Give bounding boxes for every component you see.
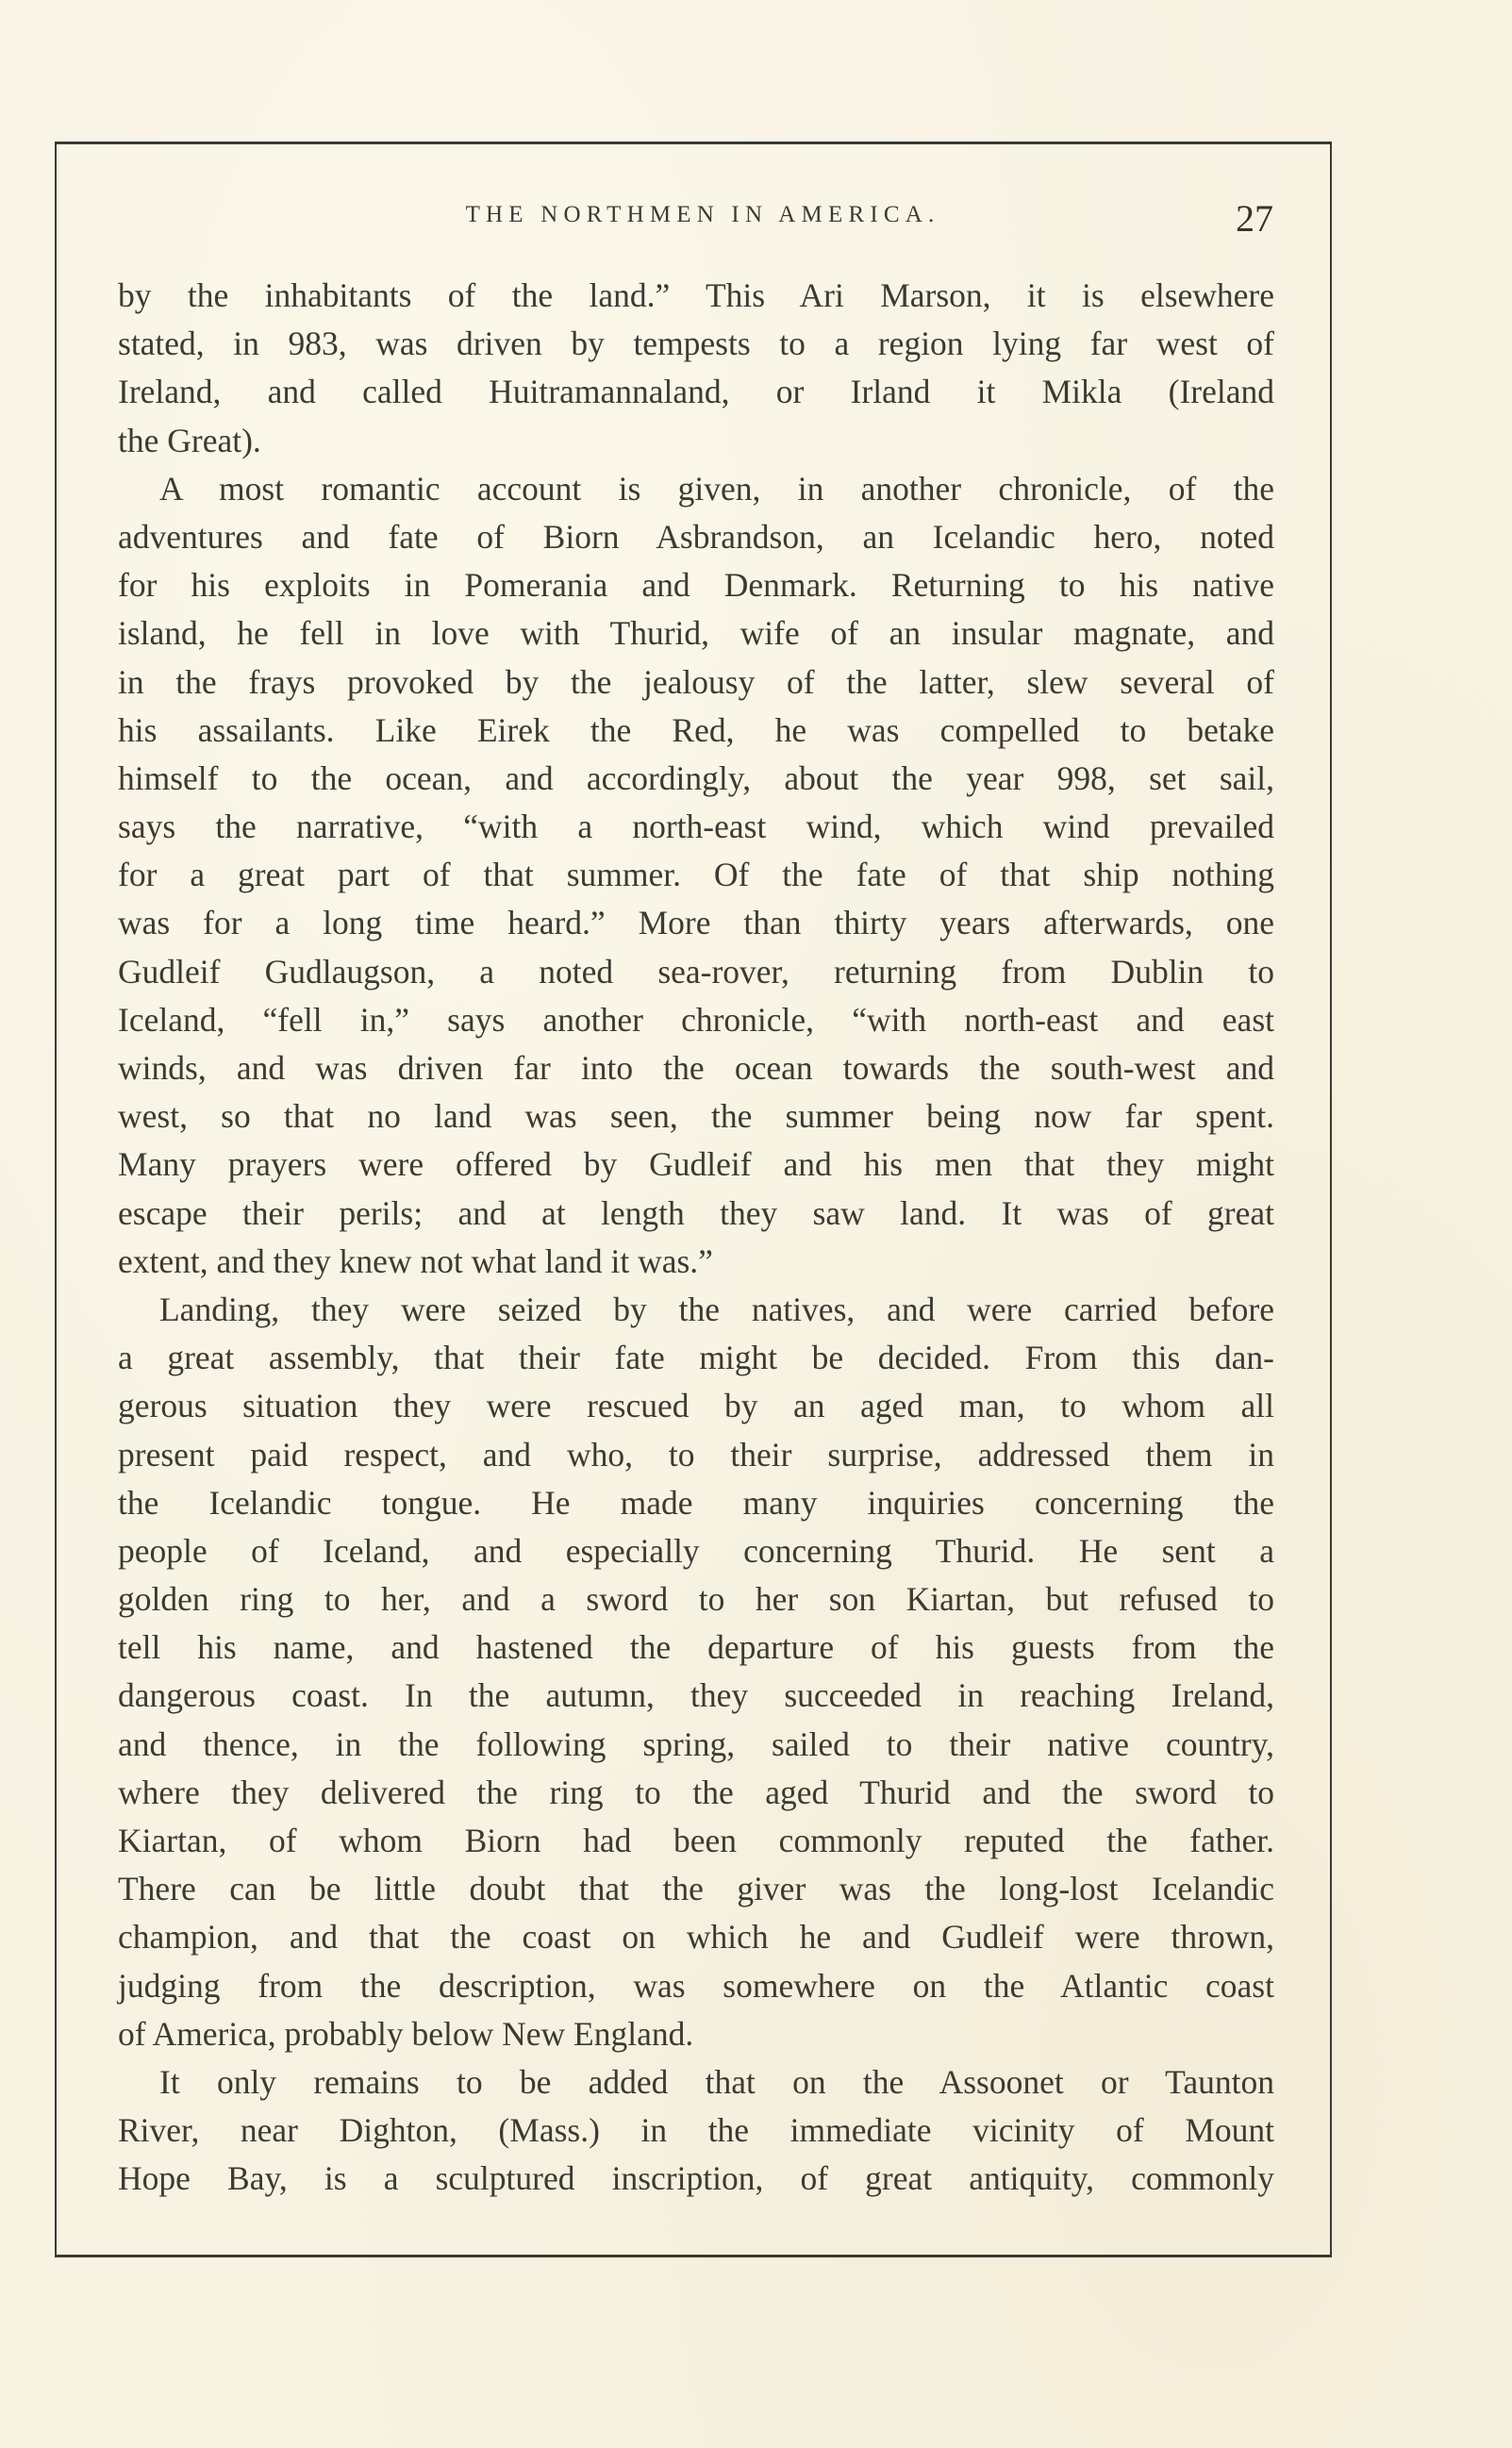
paragraph-first-line: A most romantic account is given, in ano… — [118, 465, 1274, 513]
text-line: his assailants. Like Eirek the Red, he w… — [118, 707, 1274, 755]
text-line: himself to the ocean, and accordingly, a… — [118, 755, 1274, 803]
text-line: for his exploits in Pomerania and Denmar… — [118, 561, 1274, 609]
text-line: tell his name, and hastened the departur… — [118, 1624, 1274, 1672]
text-line: Iceland, “fell in,” says another chronic… — [118, 996, 1274, 1044]
text-line: and thence, in the following spring, sai… — [118, 1721, 1274, 1769]
paragraph-first-line: Landing, they were seized by the natives… — [118, 1286, 1274, 1334]
text-line: was for a long time heard.” More than th… — [118, 899, 1274, 947]
text-line: golden ring to her, and a sword to her s… — [118, 1575, 1274, 1624]
text-line: judging from the description, was somewh… — [118, 1962, 1274, 2010]
text-line: dangerous coast. In the autumn, they suc… — [118, 1672, 1274, 1720]
text-line: River, near Dighton, (Mass.) in the imme… — [118, 2107, 1274, 2155]
text-line: stated, in 983, was driven by tempests t… — [118, 320, 1274, 368]
page-number: 27 — [1236, 196, 1273, 241]
text-line: winds, and was driven far into the ocean… — [118, 1044, 1274, 1092]
body-text: by the inhabitants of the land.” This Ar… — [118, 272, 1274, 2204]
text-line: escape their perils; and at length they … — [118, 1190, 1274, 1238]
text-line: people of Iceland, and especially concer… — [118, 1527, 1274, 1575]
text-line: the Great). — [118, 417, 1274, 465]
text-line: Many prayers were offered by Gudleif and… — [118, 1141, 1274, 1189]
text-line: of America, probably below New England. — [118, 2010, 1274, 2058]
text-line: by the inhabitants of the land.” This Ar… — [118, 272, 1274, 320]
text-line: gerous situation they were rescued by an… — [118, 1382, 1274, 1430]
text-line: Ireland, and called Huitramannaland, or … — [118, 368, 1274, 416]
text-line: the Icelandic tongue. He made many inqui… — [118, 1479, 1274, 1527]
text-line: Gudleif Gudlaugson, a noted sea-rover, r… — [118, 948, 1274, 996]
paragraph-first-line: It only remains to be added that on the … — [118, 2058, 1274, 2107]
running-title: THE NORTHMEN IN AMERICA. — [401, 202, 1005, 228]
text-line: where they delivered the ring to the age… — [118, 1769, 1274, 1817]
running-header: THE NORTHMEN IN AMERICA. 27 — [118, 196, 1273, 243]
text-line: Kiartan, of whom Biorn had been commonly… — [118, 1817, 1274, 1865]
text-line: a great assembly, that their fate might … — [118, 1334, 1274, 1382]
text-line: champion, and that the coast on which he… — [118, 1913, 1274, 1961]
text-line: extent, and they knew not what land it w… — [118, 1238, 1274, 1286]
text-line: for a great part of that summer. Of the … — [118, 851, 1274, 899]
text-line: west, so that no land was seen, the summ… — [118, 1092, 1274, 1141]
text-line: Hope Bay, is a sculptured inscription, o… — [118, 2155, 1274, 2203]
text-line: says the narrative, “with a north-east w… — [118, 803, 1274, 851]
text-line: island, he fell in love with Thurid, wif… — [118, 609, 1274, 658]
text-line: adventures and fate of Biorn Asbrandson,… — [118, 513, 1274, 561]
text-line: There can be little doubt that the giver… — [118, 1865, 1274, 1913]
text-line: in the frays provoked by the jealousy of… — [118, 658, 1274, 707]
text-line: present paid respect, and who, to their … — [118, 1431, 1274, 1479]
